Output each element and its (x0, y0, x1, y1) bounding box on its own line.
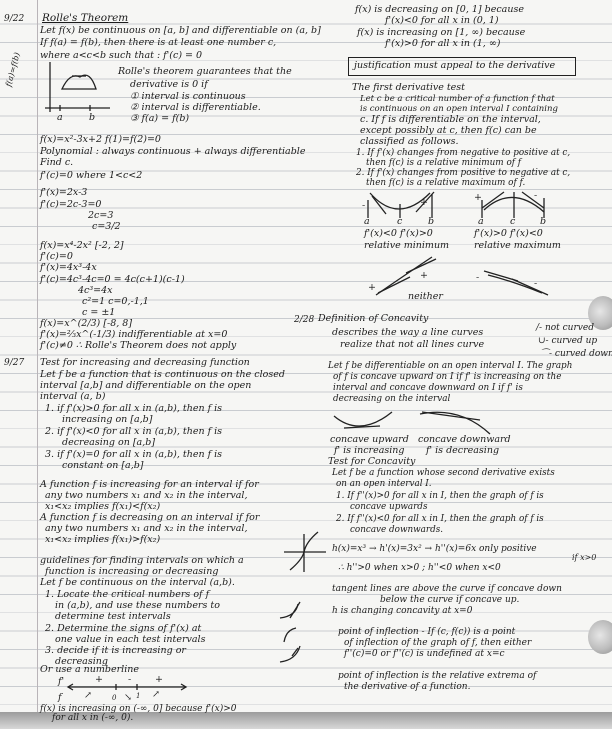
text-line: Rolle's theorem guarantees that the (118, 66, 292, 78)
math-line: Polynomial : always continuous + always … (40, 146, 305, 158)
text-line: where a<c<b such that : f'(c) = 0 (40, 50, 202, 62)
graph-label: relative maximum (474, 240, 561, 252)
boxed-note-text: justification must appeal to the derivat… (354, 60, 555, 72)
sign: - (476, 272, 479, 284)
text-line: describes the way a line curves (332, 327, 483, 339)
text-line: If f(a) = f(b), then there is at least o… (40, 37, 276, 49)
math-line: f'(c)≠0 ∴ Rolle's Theorem does not apply (40, 340, 236, 352)
cup-icon: ∪ (538, 336, 546, 346)
cap-icon: ⌒ (540, 349, 549, 359)
concave-downward-note: f' is decreasing (426, 445, 499, 457)
text-line: f'(x)<0 for all x in (0, 1) (385, 15, 499, 27)
definition: x₁<x₂ implies f(x₁)>f(x₂) (45, 534, 160, 546)
section-title: Definition of Concavity (318, 313, 428, 325)
neither-graphs-icon (372, 255, 572, 300)
legend-curved-up: ∪- curved up (538, 335, 597, 347)
arrow: ↗ (152, 689, 160, 701)
sign: + (474, 192, 482, 204)
tick-label: b (428, 216, 434, 228)
rule: increasing on [a,b] (62, 414, 152, 426)
section-title: Rolle's Theorem (42, 12, 128, 24)
text-line: realize that not all lines curve (340, 339, 484, 351)
text-line: interval (a, b) (40, 391, 105, 403)
graph-label: neither (408, 291, 443, 303)
rule: constant on [a,b] (62, 460, 144, 472)
graph-caption: f'(x)>0 f'(x)<0 (474, 228, 543, 240)
point: 1 (136, 690, 140, 702)
math-line: c=3/2 (92, 221, 121, 233)
math-line: h(x)=x³ → h'(x)=3x² → h''(x)=6x only pos… (332, 543, 537, 555)
sign: - (534, 190, 537, 202)
section-title: Test for increasing and decreasing funct… (40, 357, 250, 369)
tick-label: a (478, 216, 484, 228)
math-line: f'(x)=4x³-4x (40, 262, 97, 274)
tick-label: c (510, 216, 515, 228)
legend-not-curved: /- not curved (536, 322, 594, 334)
text-line: then f(c) is a relative maximum of f. (366, 177, 525, 189)
text-line: derivative is 0 if (130, 79, 208, 91)
sign: + (368, 282, 376, 294)
tick-label: a (364, 216, 370, 228)
math-line: ∴ h''>0 when x>0 ; h''<0 when x<0 (338, 562, 501, 574)
condition: ③ f(a) = f(b) (130, 113, 189, 125)
math-line: Find c. (40, 157, 73, 169)
tick-label: b (540, 216, 546, 228)
graph-label: relative minimum (364, 240, 449, 252)
text-line: concave upwards (350, 501, 427, 513)
text-line: on an open interval I. (336, 478, 432, 490)
guideline: Or use a numberline (40, 664, 139, 676)
margin-line (37, 0, 38, 712)
date-label: 9/27 (4, 357, 24, 369)
date-label: 9/22 (4, 13, 24, 25)
tick-label: c (397, 216, 402, 228)
rolles-graph-icon (40, 62, 120, 122)
cubic-graph-icon (280, 530, 330, 575)
sign: + (420, 197, 428, 209)
text-line: f''(c)=0 or f''(c) is undefined at x=c (344, 648, 505, 660)
guideline: determine test intervals (55, 611, 171, 623)
math-line: f'(c)=0 where 1<c<2 (40, 170, 142, 182)
binder-hole (588, 620, 612, 654)
text-line: Let f(x) be continuous on [a, b] and dif… (40, 25, 321, 37)
text-line: decreasing on the interval (333, 393, 450, 405)
sign: - (534, 278, 537, 290)
math-line: f(x)=x²-3x+2 f(1)=f(2)=0 (40, 134, 161, 146)
guideline: Let f be continuous on the interval (a,b… (40, 577, 235, 589)
math-line: f'(x)=2x-3 (40, 187, 87, 199)
graph-caption: f'(x)<0 f'(x)>0 (364, 228, 433, 240)
numberline-label: f' (58, 676, 64, 688)
rule: decreasing on [a,b] (62, 437, 155, 449)
legend-curved-down: ⌒- curved down (540, 348, 612, 360)
tick-label: a (57, 112, 63, 124)
sign: - (362, 200, 365, 212)
conclusion: for all x in (-∞, 0). (52, 712, 133, 724)
math-line: if x>0 (572, 552, 596, 564)
tick-label: b (89, 112, 95, 124)
text-line: the derivative of a function. (344, 681, 470, 693)
sign: + (420, 270, 428, 282)
date-label: 2/28 (294, 314, 314, 326)
text-line: h is changing concavity at x=0 (332, 605, 472, 617)
arrow: ↗ (84, 690, 92, 702)
text-line: f'(x)>0 for all x in (1, ∞) (385, 38, 500, 50)
inflection-sketches-icon (276, 600, 326, 670)
text-line: concave downwards. (350, 524, 443, 536)
